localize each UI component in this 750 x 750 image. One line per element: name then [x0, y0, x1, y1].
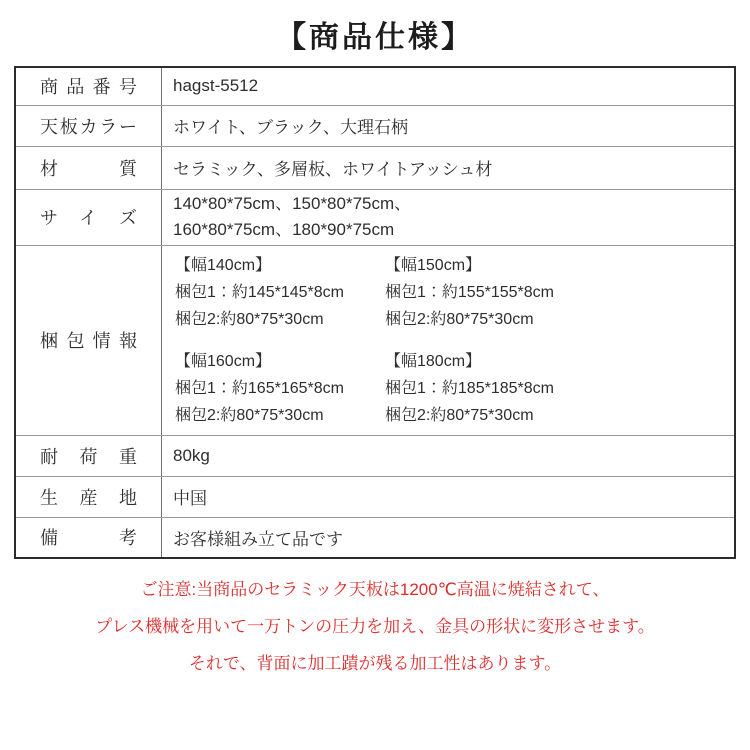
spec-row-origin: 生産地 中国	[15, 476, 735, 517]
packing-line-2: 梱包2:約80*75*30cm	[385, 306, 734, 333]
packing-line-2: 梱包2:約80*75*30cm	[175, 306, 385, 333]
spec-label-size: サイズ	[15, 189, 162, 245]
packing-line-1: 梱包1：約185*185*8cm	[385, 375, 734, 402]
packing-group-150: 【幅150cm】 梱包1：約155*155*8cm 梱包2:約80*75*30c…	[385, 252, 734, 333]
spec-row-load-capacity: 耐荷重 80kg	[15, 435, 735, 476]
spec-label-text: 生産地	[40, 484, 137, 510]
packing-group-title: 【幅140cm】	[175, 252, 385, 279]
spec-value-origin: 中国	[162, 476, 736, 517]
packing-group-160: 【幅160cm】 梱包1：約165*165*8cm 梱包2:約80*75*30c…	[175, 348, 385, 429]
packing-line-2: 梱包2:約80*75*30cm	[175, 402, 385, 429]
spec-row-size: サイズ 140*80*75cm、150*80*75cm、 160*80*75cm…	[15, 189, 735, 245]
spec-label-text: サイズ	[40, 204, 137, 230]
spec-label-remarks: 備考	[15, 517, 162, 558]
packing-group-title: 【幅150cm】	[385, 252, 734, 279]
packing-line-1: 梱包1：約155*155*8cm	[385, 279, 734, 306]
spec-value-product-number: hagst-5512	[162, 67, 736, 105]
page-title: 【商品仕様】	[0, 12, 750, 56]
notice-line-3: それで、背面に加工蹟が残る加工性はあります。	[0, 645, 750, 682]
notice-line-2: プレス機械を用いて一万トンの圧力を加え、金具の形状に変形させます。	[0, 608, 750, 645]
spec-label-load-capacity: 耐荷重	[15, 435, 162, 476]
spec-label-origin: 生産地	[15, 476, 162, 517]
spec-value-packing: 【幅140cm】 梱包1：約145*145*8cm 梱包2:約80*75*30c…	[162, 245, 736, 435]
spec-label-top-color: 天板カラー	[15, 105, 162, 146]
size-line-2: 160*80*75cm、180*90*75cm	[173, 217, 734, 243]
size-line-1: 140*80*75cm、150*80*75cm、	[173, 191, 734, 217]
packing-group-180: 【幅180cm】 梱包1：約185*185*8cm 梱包2:約80*75*30c…	[385, 348, 734, 429]
spec-label-text: 材質	[40, 155, 137, 181]
notice-text-block: ご注意:当商品のセラミック天板は1200℃高温に焼結されて、 プレス機械を用いて…	[0, 571, 750, 682]
packing-grid: 【幅140cm】 梱包1：約145*145*8cm 梱包2:約80*75*30c…	[173, 246, 734, 435]
packing-line-1: 梱包1：約165*165*8cm	[175, 375, 385, 402]
packing-group-title: 【幅160cm】	[175, 348, 385, 375]
product-spec-table: 商品番号 hagst-5512 天板カラー ホワイト、ブラック、大理石柄 材質 …	[14, 66, 736, 559]
spec-value-material: セラミック、多層板、ホワイトアッシュ材	[162, 146, 736, 189]
spec-value-remarks: お客様組み立て品です	[162, 517, 736, 558]
spec-row-remarks: 備考 お客様組み立て品です	[15, 517, 735, 558]
spec-label-material: 材質	[15, 146, 162, 189]
spec-label-text: 梱包情報	[40, 327, 137, 353]
spec-value-size: 140*80*75cm、150*80*75cm、 160*80*75cm、180…	[162, 189, 736, 245]
packing-line-2: 梱包2:約80*75*30cm	[385, 402, 734, 429]
spec-label-text: 備考	[40, 524, 137, 550]
spec-row-material: 材質 セラミック、多層板、ホワイトアッシュ材	[15, 146, 735, 189]
spec-row-product-number: 商品番号 hagst-5512	[15, 67, 735, 105]
spec-label-text: 耐荷重	[40, 443, 137, 469]
spec-label-packing: 梱包情報	[15, 245, 162, 435]
packing-group-title: 【幅180cm】	[385, 348, 734, 375]
spec-row-top-color: 天板カラー ホワイト、ブラック、大理石柄	[15, 105, 735, 146]
packing-line-1: 梱包1：約145*145*8cm	[175, 279, 385, 306]
packing-group-140: 【幅140cm】 梱包1：約145*145*8cm 梱包2:約80*75*30c…	[175, 252, 385, 333]
spec-value-top-color: ホワイト、ブラック、大理石柄	[162, 105, 736, 146]
notice-line-1: ご注意:当商品のセラミック天板は1200℃高温に焼結されて、	[0, 571, 750, 608]
spec-label-text: 商品番号	[40, 73, 137, 99]
spec-value-load-capacity: 80kg	[162, 435, 736, 476]
spec-label-text: 天板カラー	[40, 113, 137, 139]
spec-label-product-number: 商品番号	[15, 67, 162, 105]
spec-row-packing: 梱包情報 【幅140cm】 梱包1：約145*145*8cm 梱包2:約80*7…	[15, 245, 735, 435]
